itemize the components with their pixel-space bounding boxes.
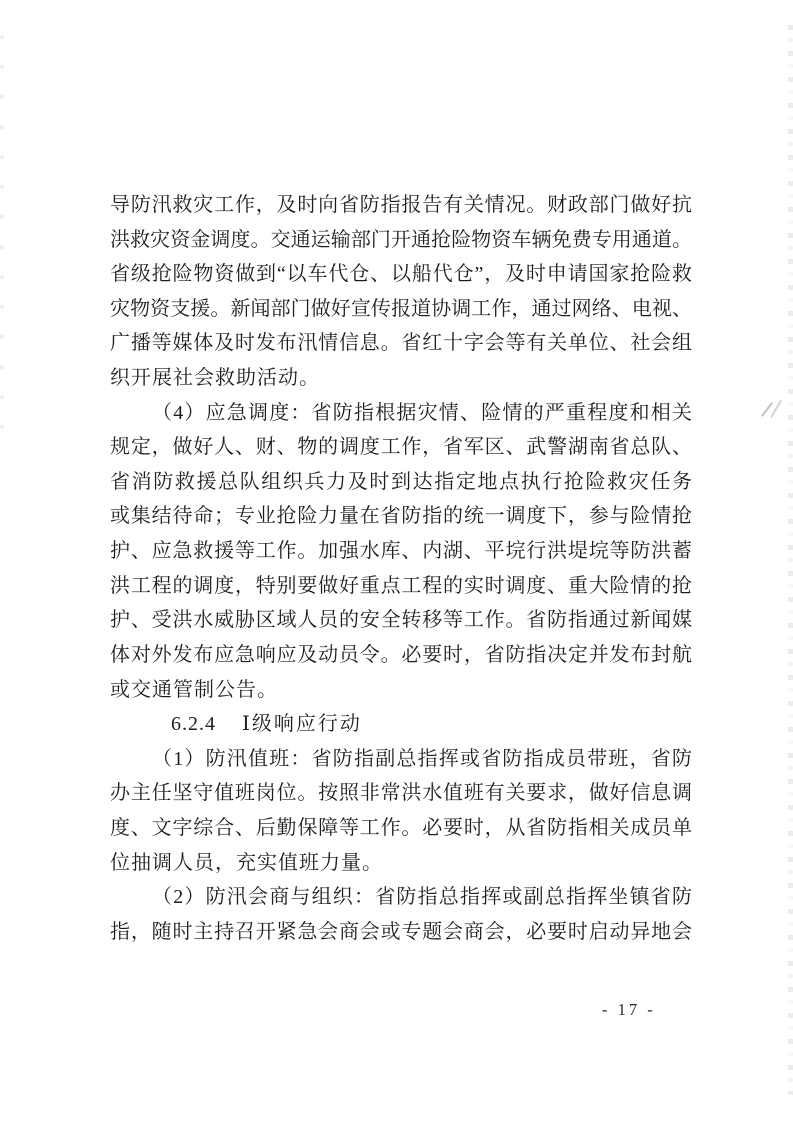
paragraph-line: 省消防救援总队组织兵力及时到达指定地点执行抢险救灾任务 — [110, 465, 692, 500]
paragraph-line: 或交通管制公告。 — [110, 673, 692, 708]
scan-edge-noise-left — [0, 35, 4, 455]
section-heading: 6.2.4Ⅰ级响应行动 — [110, 707, 692, 742]
scan-smudge-artifact — [762, 398, 788, 424]
paragraph-line: 织开展社会救助活动。 — [110, 361, 692, 396]
paragraph-line: 导防汛救灾工作，及时向省防指报告有关情况。财政部门做好抗 — [110, 188, 692, 223]
paragraph-line: 灾物资支援。新闻部门做好宣传报道协调工作，通过网络、电视、 — [110, 292, 692, 327]
section-title: Ⅰ级响应行动 — [242, 713, 362, 735]
paragraph-line: （1）防汛值班：省防指副总指挥或省防指成员带班，省防 — [110, 742, 692, 777]
paragraph-line: 规定，做好人、财、物的调度工作，省军区、武警湖南省总队、 — [110, 430, 692, 465]
paragraph-line: （2）防汛会商与组织：省防指总指挥或副总指挥坐镇省防 — [110, 880, 692, 915]
paragraph-line: 护、受洪水威胁区域人员的安全转移等工作。省防指通过新闻媒 — [110, 603, 692, 638]
paragraph-line: （4）应急调度：省防指根据灾情、险情的严重程度和相关 — [110, 396, 692, 431]
section-number: 6.2.4 — [171, 713, 216, 735]
paragraph-line: 广播等媒体及时发布汛情信息。省红十字会等有关单位、社会组 — [110, 326, 692, 361]
paragraph-line: 或集结待命；专业抢险力量在省防指的统一调度下，参与险情抢 — [110, 499, 692, 534]
page-text-block: 导防汛救灾工作，及时向省防指报告有关情况。财政部门做好抗 洪救灾资金调度。交通运… — [110, 188, 692, 949]
paragraph-line: 洪工程的调度，特别要做好重点工程的实时调度、重大险情的抢 — [110, 569, 692, 604]
document-page: 导防汛救灾工作，及时向省防指报告有关情况。财政部门做好抗 洪救灾资金调度。交通运… — [0, 0, 793, 1122]
scan-edge-noise-right — [788, 25, 793, 1095]
paragraph-line: 办主任坚守值班岗位。按照非常洪水值班有关要求，做好信息调 — [110, 776, 692, 811]
paragraph-line: 度、文字综合、后勤保障等工作。必要时，从省防指相关成员单 — [110, 811, 692, 846]
paragraph-line: 指，随时主持召开紧急会商会或专题会商会，必要时启动异地会 — [110, 915, 692, 950]
paragraph-line: 护、应急救援等工作。加强水库、内湖、平垸行洪堤垸等防洪蓄 — [110, 534, 692, 569]
paragraph-line: 省级抢险物资做到“以车代仓、以船代仓”，及时申请国家抢险救 — [110, 257, 692, 292]
paragraph-line: 体对外发布应急响应及动员令。必要时，省防指决定并发布封航 — [110, 638, 692, 673]
page-number: - 17 - — [602, 1000, 656, 1020]
paragraph-line: 洪救灾资金调度。交通运输部门开通抢险物资车辆免费专用通道。 — [110, 223, 692, 258]
paragraph-line: 位抽调人员，充实值班力量。 — [110, 846, 692, 881]
